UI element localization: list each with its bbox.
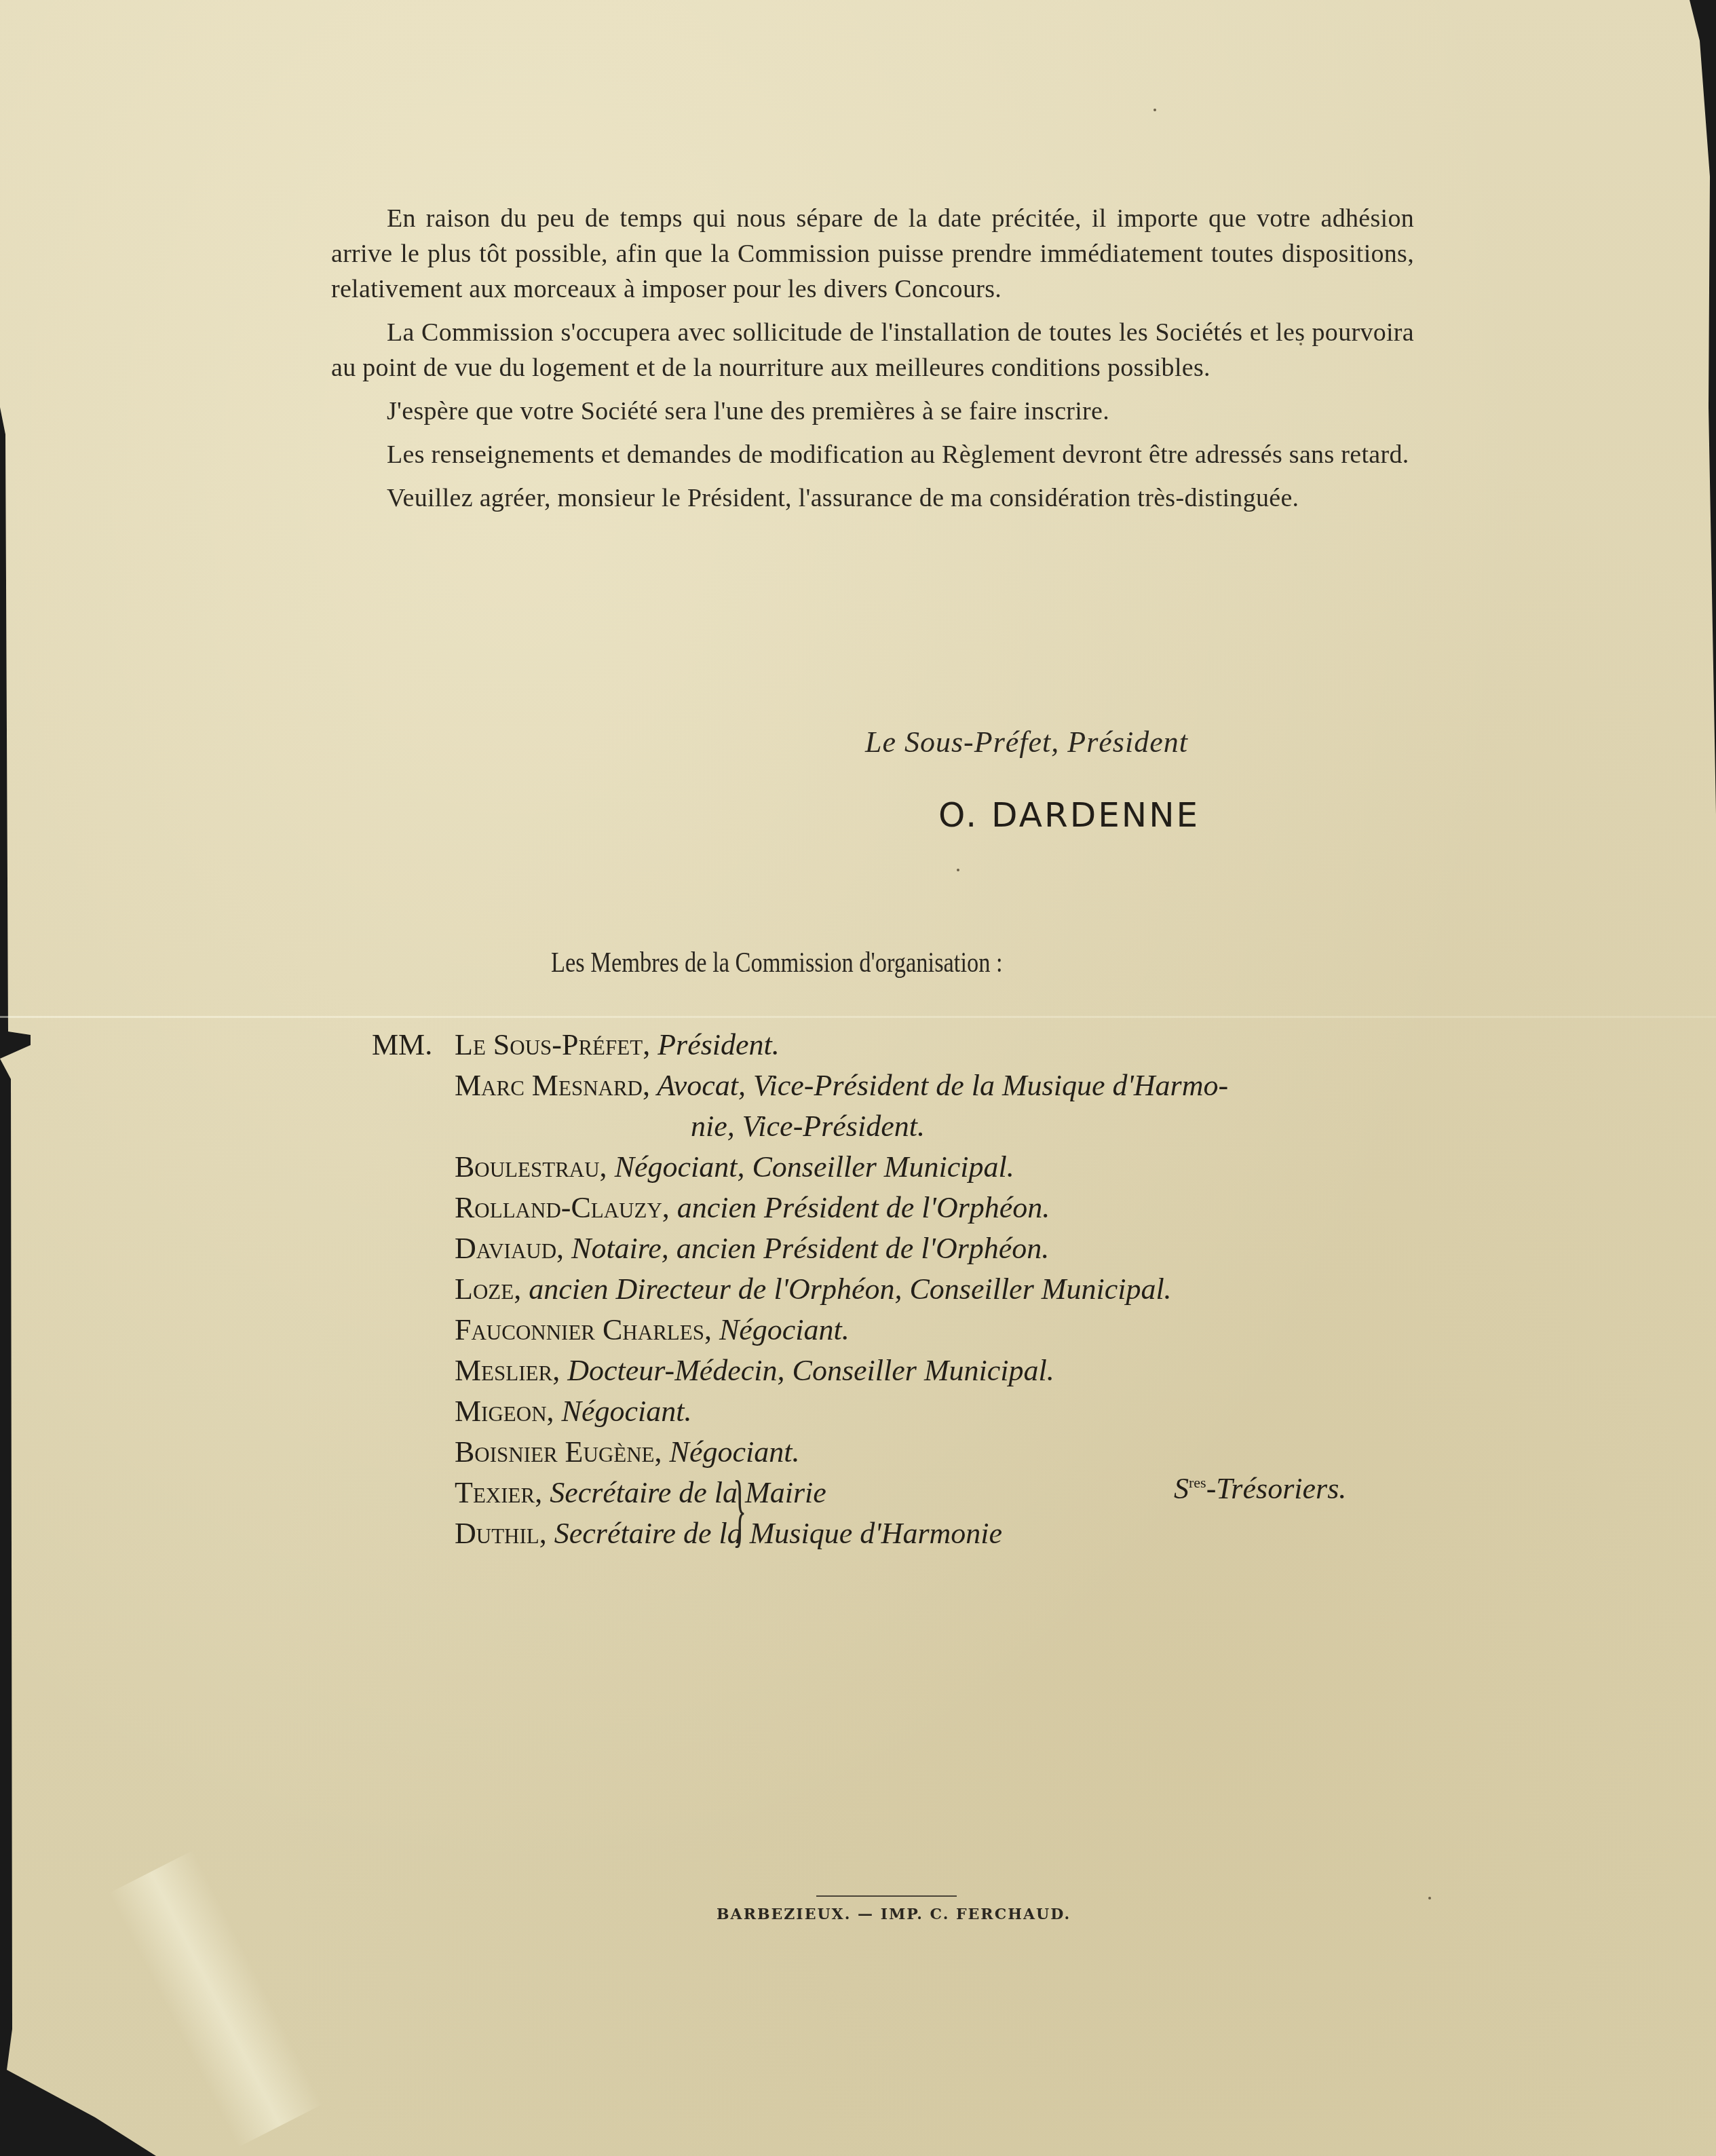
member-row: Le Sous-Préfet, Président. [455,1025,780,1065]
footer-rule [816,1895,957,1897]
signature-role: Le Sous-Préfet, Président [865,725,1188,759]
printer-imprint: BARBEZIEUX. — IMP. C. FERCHAUD. [717,1906,1071,1923]
letter-body: En raison du peu de temps qui nous sépar… [331,201,1414,524]
paragraph-installation: La Commission s'occupera avec sollicitud… [331,315,1414,385]
members-prefix: MM. [372,1025,432,1065]
paragraph-hope: J'espère que votre Société sera l'une de… [331,394,1414,429]
member-row-continuation: nie, Vice-Président. [691,1106,925,1147]
right-brace-icon: } [733,1469,746,1551]
treasurers-label: Sres-Trésoriers. [1174,1471,1346,1506]
paper-fold [0,1016,1716,1018]
paper-speck [957,869,959,871]
member-row: Daviaud, Notaire, ancien Président de l'… [455,1228,1049,1269]
paper-speck [1299,343,1302,345]
member-row: Migeon, Négociant. [455,1391,691,1432]
member-row: Boisnier Eugène, Négociant. [455,1432,799,1473]
paragraph-closing: Veuillez agréer, monsieur le Président, … [331,480,1414,516]
member-row: Fauconnier Charles, Négociant. [455,1310,850,1350]
paragraph-deadline: En raison du peu de temps qui nous sépar… [331,201,1414,307]
paper-speck [1428,1897,1431,1899]
member-row: Rolland-Clauzy, ancien Président de l'Or… [455,1188,1050,1228]
paragraph-requests: Les renseignements et demandes de modifi… [331,437,1414,472]
member-row: Loze, ancien Directeur de l'Orphéon, Con… [455,1269,1172,1310]
commission-heading: Les Membres de la Commission d'organisat… [551,947,1003,979]
member-row: Texier, Secrétaire de la Mairie [455,1473,826,1513]
paper-speck [1153,109,1156,111]
member-row: Meslier, Docteur-Médecin, Conseiller Mun… [455,1350,1054,1391]
member-row: Marc Mesnard, Avocat, Vice-Président de … [455,1065,1228,1106]
member-row: Duthil, Secrétaire de la Musique d'Harmo… [455,1513,1002,1554]
signature-name: O. DARDENNE [938,795,1200,835]
member-row: Boulestrau, Négociant, Conseiller Munici… [455,1147,1014,1188]
